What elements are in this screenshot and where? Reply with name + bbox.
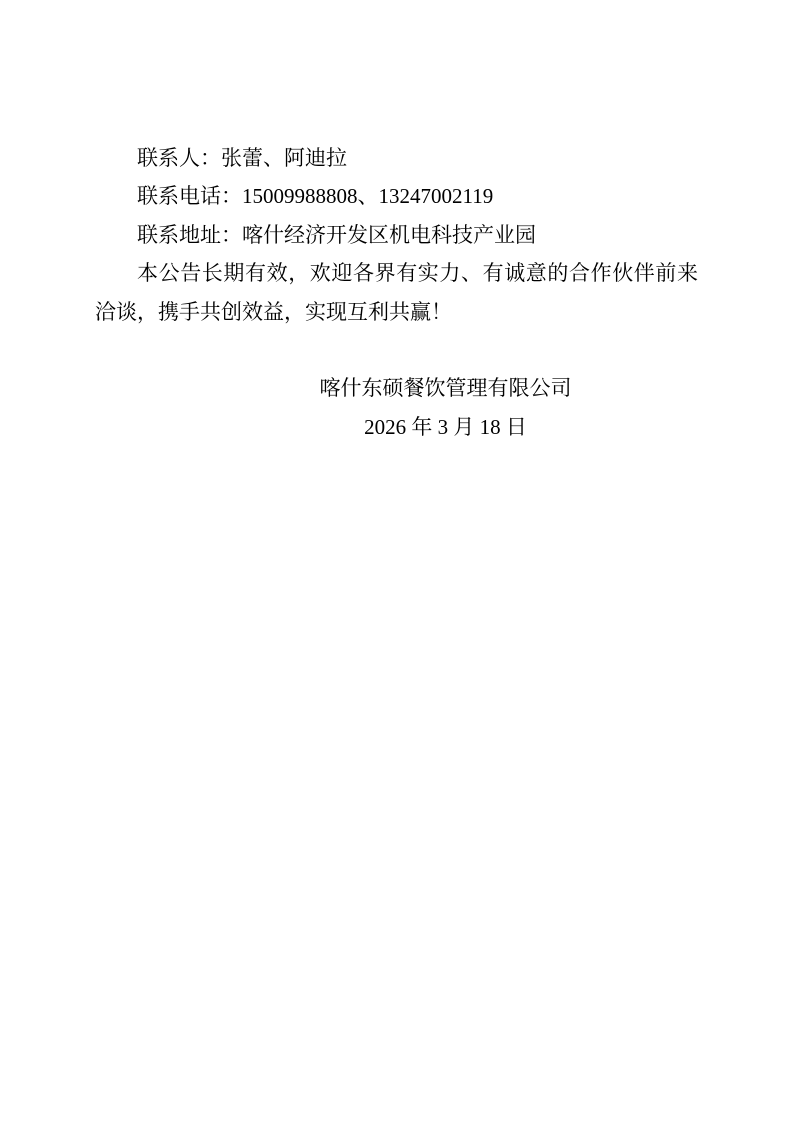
signature-date-line: 2026 年 3 月 18 日 (144, 408, 747, 446)
closing-paragraph: 本公告长期有效，欢迎各界有实力、有诚意的合作伙伴前来洽谈，携手共创效益，实现互利… (95, 254, 698, 331)
document-content: 联系人：张蕾、阿迪拉 联系电话：15009988808、13247002119 … (95, 139, 698, 446)
contact-phone-line: 联系电话：15009988808、13247002119 (95, 177, 698, 215)
document-page: 联系人：张蕾、阿迪拉 联系电话：15009988808、13247002119 … (0, 0, 793, 1122)
blank-line (95, 331, 698, 369)
signature-company-line: 喀什东硕餐饮管理有限公司 (144, 369, 747, 407)
contact-person-line: 联系人：张蕾、阿迪拉 (95, 139, 698, 177)
contact-address-line: 联系地址：喀什经济开发区机电科技产业园 (95, 216, 698, 254)
